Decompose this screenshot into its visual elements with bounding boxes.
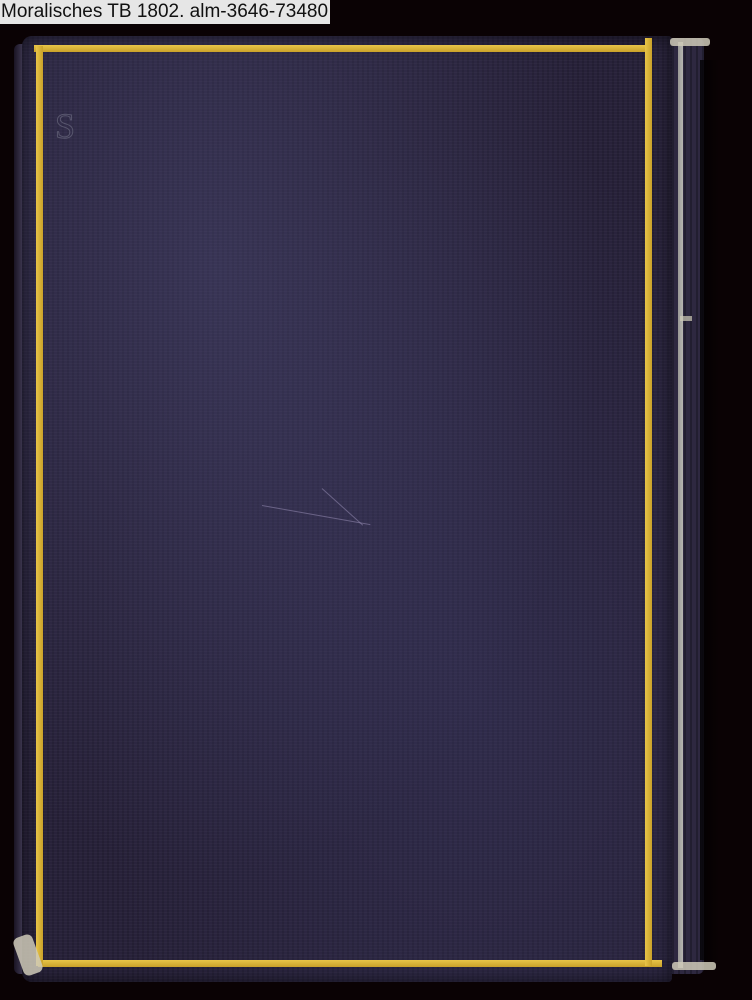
spine-label-mark — [680, 316, 692, 321]
image-caption: Moralisches TB 1802. alm-3646-73480 — [0, 0, 330, 24]
book-cover-board — [22, 36, 672, 982]
gilt-fillet-top — [34, 45, 652, 52]
worn-corner-bottom-right — [672, 962, 716, 970]
gilt-fillet-bottom — [38, 960, 662, 967]
gilt-fillet-right — [645, 38, 652, 966]
worn-corner-top-right — [670, 38, 710, 46]
library-stamp: S — [55, 105, 75, 147]
spine-worn-edge — [678, 42, 683, 968]
gilt-fillet-left — [36, 46, 43, 966]
spine-shadow — [700, 60, 720, 960]
